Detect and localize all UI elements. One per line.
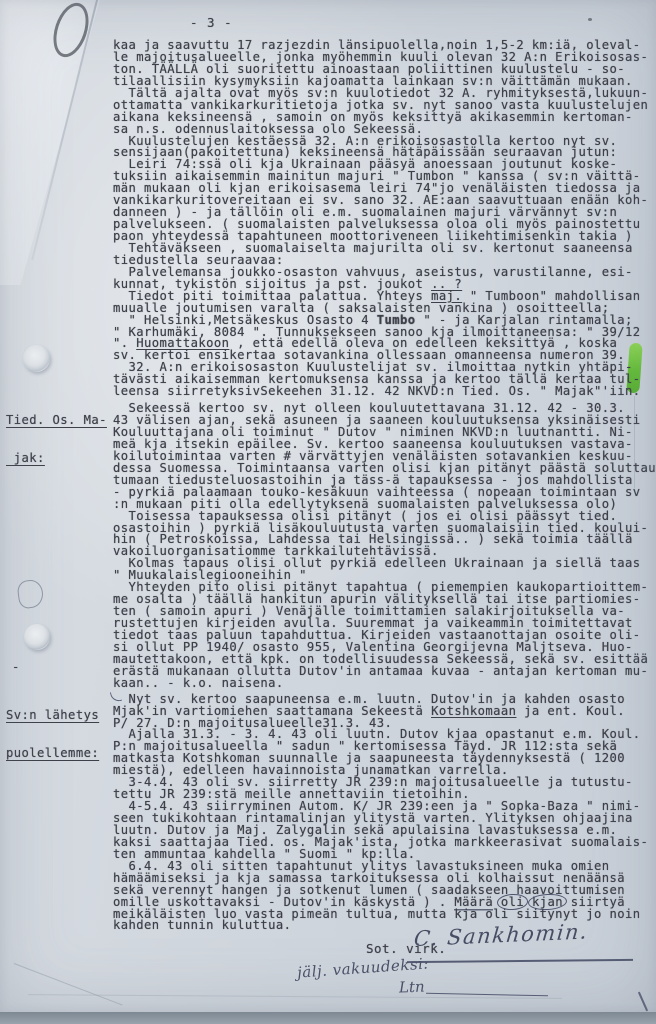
text-segment: kaan.. - k.o. naisena. [113,676,284,690]
document-page: - 3 - Tied. Os. Ma- jak: Sv:n lähetys pu… [0,0,656,1012]
body-line: leensa siirretyksivSekeehen 31.12. 42 NK… [113,386,653,398]
pen-scribble-mark [16,578,45,609]
paragraph: Tältä ajalta ovat myös sv:n kuulotiedot … [113,88,653,136]
margin-note-line: Tied. Os. Ma- [6,414,107,427]
margin-note-svn-lahetys: Sv:n lähetys puolellemme: [6,684,99,785]
margin-note-tied-os-majak: Tied. Os. Ma- jak: [6,389,107,490]
paragraph: Sekeessä kertoo sv. nyt olleen kouluutet… [113,403,653,510]
paragraph: kaa ja saavuttu 17 razjezdin länsipuolel… [113,40,653,88]
text-segment: leensa siirretyksivSekeehen 31.12. 42 NK… [113,384,641,398]
emphasized-text: Kotshkomaan [431,704,516,718]
paragraph: Nyt sv. kertoo saapuneensa e.m. luutn. D… [113,694,653,730]
margin-note-line: puolellemme: [6,747,99,760]
paragraph: 32. A:n erikoisosaston Kuulustelijat sv.… [113,362,653,398]
body-text: kaa ja saavuttu 17 razjezdin länsipuolel… [113,40,653,932]
attestation-rank: Ltn [399,978,425,997]
body-line: kaan.. - k.o. naisena. [113,678,653,690]
paragraph: " Helsinki,Metsäkeskus Osasto 4 Tumbo " … [113,315,653,363]
embossed-hole [24,624,50,650]
paragraph: Tehtäväkseen , suomalaiselta majurilta o… [113,243,653,267]
paragraph: Toisessa tapauksessa olisi pitänyt ( jos… [113,511,653,559]
paper-crease [14,963,123,1006]
scan-background: { "page": { "number_label": "- 3 -", "ma… [0,0,656,1024]
paragraph: Palvelemansa joukko-osaston vahvuus, ase… [113,267,653,291]
emphasized-text: kjan [532,897,563,909]
ink-speck [588,18,592,21]
margin-note-line: jak: [6,452,107,465]
emphasized-text: oli [501,897,524,909]
paragraph: Yhteyden pito olisi pitänyt tapahtua ( p… [113,582,653,689]
paragraph: Tiedot piti toimittaa palattua. Yhteys m… [113,291,653,315]
pen-tick-mark [638,992,648,1012]
page-number: - 3 - [190,15,233,30]
margin-note-line: Sv:n lähetys [6,709,99,722]
paragraph: Kuulustelujen kestäessä 32. A:n erikoiso… [113,136,653,160]
paragraph: 4-5.4. 43 siirryminen Autom. K/ JR 239:e… [113,801,653,861]
text-segment: ja ent. Koul. [516,704,625,718]
signature-line [407,959,633,963]
paragraph: Ajalla 31.3. - 3. 4. 43 oli luutn. Dutov… [113,729,653,777]
margin-dash-mark: - [12,660,19,674]
paragraph: Kolmas tapaus olisi ollut pyrkiä edellee… [113,558,653,582]
scanner-edge [0,1012,656,1024]
text-segment: kahden tunnin kuluttua. [113,918,291,932]
paragraph: 3-4.4. 43 oli sv. siirretty JR 239:n maj… [113,777,653,801]
paragraph: Leiri 74:ssä oli kja Ukrainaan pääsyä an… [113,159,653,243]
embossed-hole [23,345,50,372]
